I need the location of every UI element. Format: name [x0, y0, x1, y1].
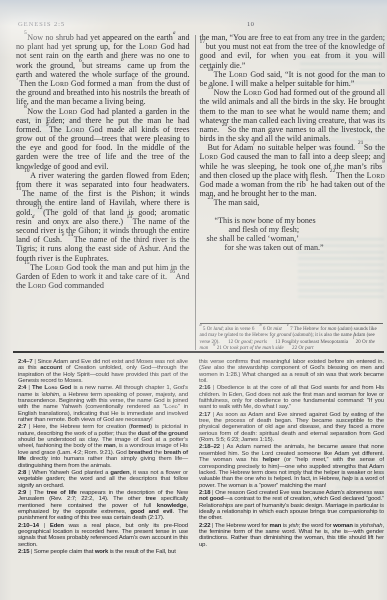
bible-column-right: the man, “You are free to eat from any t…	[200, 33, 385, 352]
note-verse-ref: 2:18–22	[199, 444, 220, 450]
bible-paragraph: 10A river watering the garden flowed fro…	[16, 171, 190, 263]
study-note: 2:18–22 | As Adam named the animals, he …	[199, 444, 384, 488]
poem-block: “This is now bone of my bonesand flesh o…	[200, 216, 385, 253]
running-head: GENESIS 2:5	[18, 21, 65, 28]
bible-paragraph: 23The man said,	[200, 198, 385, 207]
note-verse-ref: 2:10–14	[18, 523, 39, 529]
bible-column-left: 5Now no shrub had yet appeared on the ea…	[16, 33, 190, 352]
study-note: 2:18 | One reason God created Eve was be…	[199, 490, 384, 522]
study-note: 2:22 | The Hebrew word for man is yish; …	[199, 523, 384, 548]
study-note: 2:16 | Obedience is at the core of all t…	[199, 385, 384, 410]
study-note: 2:4 | The Lord God is a new name. All th…	[18, 385, 188, 423]
bible-paragraph: 19Now the Lord God had formed out of the…	[200, 88, 385, 143]
bible-paragraph: But for Adamf no suitable helper was fou…	[200, 143, 385, 198]
bible-column-right-paragraphs: the man, “You are free to eat from any t…	[200, 33, 385, 208]
study-note: 2:15 | Some people claim that work is th…	[18, 549, 188, 555]
poem-line: “This is now bone of my bones	[215, 216, 385, 225]
study-note: this verse confirms that meaningful labo…	[199, 359, 384, 384]
study-note: 2:8 | When Yahweh God planted a garden, …	[18, 470, 188, 489]
bible-text-block: 5Now no shrub had yet appeared on the ea…	[16, 33, 385, 352]
bible-paragraph: 15The Lord God took the man and put him …	[16, 263, 190, 291]
bible-paragraph: 8Now the Lord God had planted a garden i…	[16, 107, 190, 171]
study-note: 2:9 | The tree of life reappears in the …	[18, 490, 188, 522]
page-header: GENESIS 2:5 10	[18, 21, 383, 31]
bible-paragraph: 18The Lord God said, “It is not good for…	[200, 70, 385, 88]
note-verse-ref: 2:17	[199, 412, 210, 418]
bible-paragraph: the man, “You are free to eat from any t…	[200, 33, 385, 70]
note-verse-ref: 2:16	[199, 385, 210, 391]
notes-column-right: this verse confirms that meaningful labo…	[199, 359, 384, 600]
poem-line: and flesh of my flesh;	[229, 225, 385, 234]
bible-paragraph: 5Now no shrub had yet appeared on the ea…	[16, 33, 190, 107]
study-notes-block: 2:4–7 | Since Adam and Eve did not exist…	[18, 359, 384, 600]
note-verse-ref: 2:7	[18, 424, 26, 430]
column-divider	[195, 35, 196, 350]
study-note: 2:17 | As soon as Adam and Eve sinned ag…	[199, 412, 384, 444]
poem-line: she shall be called ‘woman,’	[207, 234, 385, 243]
note-verse-ref: 2:22	[199, 523, 210, 529]
study-note: 2:7 | Here, the Hebrew term for creation…	[18, 424, 188, 468]
bible-page: GENESIS 2:5 10 5Now no shrub had yet app…	[0, 0, 387, 600]
note-verse-ref: 2:4–7	[18, 359, 33, 365]
poem-line: for she was taken out of man.”	[225, 243, 385, 252]
study-note: 2:4–7 | Since Adam and Eve did not exist…	[18, 359, 188, 384]
note-verse-ref: 2:8	[18, 470, 26, 476]
note-verse-ref: 2:4	[18, 385, 26, 391]
section-divider-rule	[13, 351, 384, 353]
notes-column-left: 2:4–7 | Since Adam and Eve did not exist…	[18, 359, 188, 600]
note-verse-ref: 2:9	[18, 490, 26, 496]
note-verse-ref: 2:18	[199, 490, 210, 496]
translation-footnotes: a 5 Or land; also in verse 6 b 6 Or mist…	[200, 323, 383, 351]
note-verse-ref: 2:15	[18, 549, 29, 555]
page-number: 10	[247, 21, 254, 28]
study-note: 2:10–14 | Eden was a real place, but onl…	[18, 523, 188, 548]
